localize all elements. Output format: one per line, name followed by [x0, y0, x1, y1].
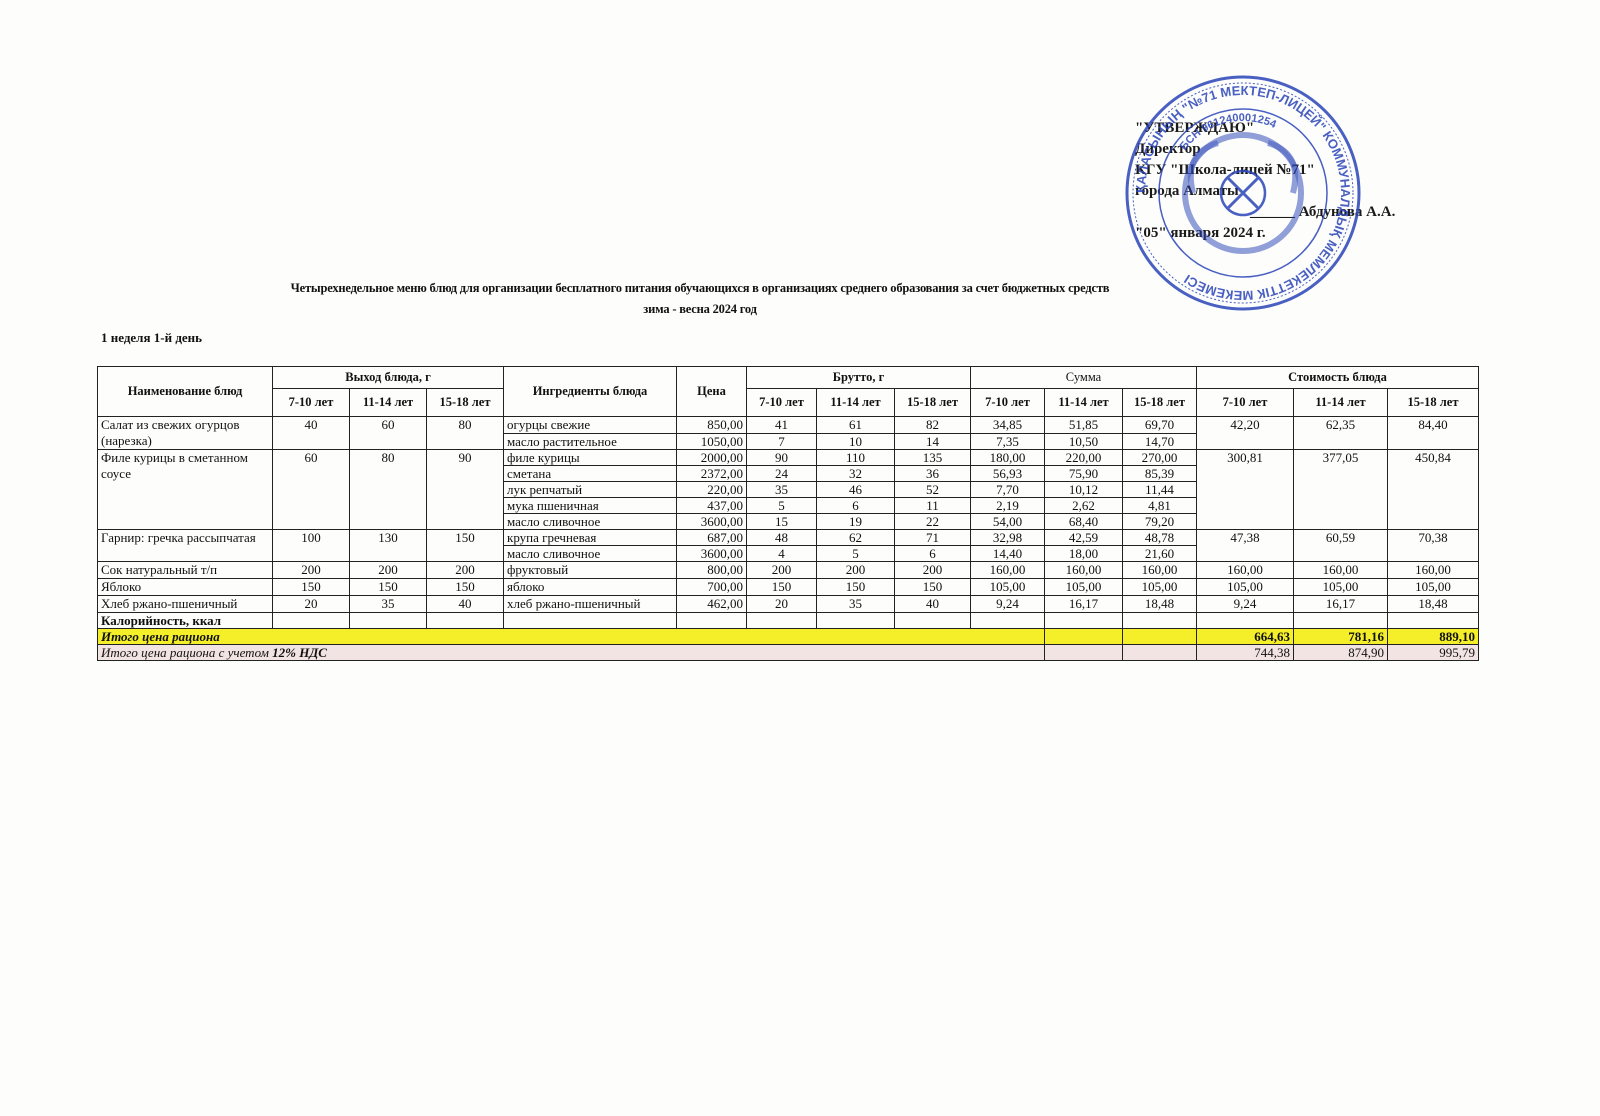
total-vat-value: 874,90	[1294, 645, 1388, 661]
dish-yield: 60	[350, 417, 427, 450]
ingredient-sum: 34,85	[971, 417, 1045, 434]
ingredient-sum: 180,00	[971, 450, 1045, 466]
ingredient-price: 3600,00	[677, 514, 747, 530]
ingredient-brutto: 24	[747, 466, 817, 482]
total-vat-value: 995,79	[1388, 645, 1479, 661]
header-ingredients: Ингредиенты блюда	[504, 367, 677, 417]
table-row: Яблоко150150150яблоко700,00150150150105,…	[98, 579, 1479, 596]
approval-city: города Алматы	[1135, 181, 1415, 202]
dish-cost: 62,35	[1294, 417, 1388, 450]
ingredient-brutto: 10	[817, 433, 895, 450]
header-sum-age-0: 7-10 лет	[971, 389, 1045, 417]
ingredient-price: 462,00	[677, 596, 747, 613]
header-sum: Сумма	[971, 367, 1197, 389]
table-row: Гарнир: гречка рассыпчатая100130150крупа…	[98, 530, 1479, 546]
ingredient-name: хлеб ржано-пшеничный	[504, 596, 677, 613]
ingredient-price: 800,00	[677, 562, 747, 579]
ingredient-brutto: 11	[895, 498, 971, 514]
dish-cost: 160,00	[1294, 562, 1388, 579]
empty-cell	[1388, 613, 1479, 629]
ingredient-sum: 51,85	[1045, 417, 1123, 434]
ingredient-sum: 105,00	[971, 579, 1045, 596]
approval-title: "УТВЕРЖДАЮ"	[1135, 118, 1415, 139]
dish-yield: 200	[350, 562, 427, 579]
table-row: Филе курицы в сметанном соусе608090филе …	[98, 450, 1479, 466]
dish-name: Гарнир: гречка рассыпчатая	[98, 530, 273, 562]
empty-cell	[1045, 613, 1123, 629]
empty-cell	[350, 613, 427, 629]
ingredient-brutto: 35	[747, 482, 817, 498]
ingredient-name: масло сливочное	[504, 546, 677, 562]
ingredient-sum: 270,00	[1123, 450, 1197, 466]
dish-yield: 35	[350, 596, 427, 613]
dish-cost: 60,59	[1294, 530, 1388, 562]
header-cost-age-0: 7-10 лет	[1197, 389, 1294, 417]
dish-yield: 60	[273, 450, 350, 530]
ingredient-name: огурцы свежие	[504, 417, 677, 434]
dish-name: Сок натуральный т/п	[98, 562, 273, 579]
dish-yield: 80	[350, 450, 427, 530]
ingredient-price: 3600,00	[677, 546, 747, 562]
dish-yield: 150	[273, 579, 350, 596]
ingredient-sum: 14,70	[1123, 433, 1197, 450]
empty-cell	[1123, 645, 1197, 661]
dish-name: Филе курицы в сметанном соусе	[98, 450, 273, 530]
ingredient-sum: 7,70	[971, 482, 1045, 498]
ingredient-brutto: 5	[747, 498, 817, 514]
dish-yield: 20	[273, 596, 350, 613]
dish-yield: 90	[427, 450, 504, 530]
ingredient-name: яблоко	[504, 579, 677, 596]
dish-yield: 130	[350, 530, 427, 562]
dish-yield: 150	[427, 579, 504, 596]
header-yield-age-2: 15-18 лет	[427, 389, 504, 417]
ingredient-sum: 160,00	[971, 562, 1045, 579]
ingredient-brutto: 61	[817, 417, 895, 434]
dish-cost: 18,48	[1388, 596, 1479, 613]
header-brutto-age-0: 7-10 лет	[747, 389, 817, 417]
ingredient-brutto: 200	[747, 562, 817, 579]
dish-cost: 70,38	[1388, 530, 1479, 562]
dish-yield: 100	[273, 530, 350, 562]
ingredient-sum: 85,39	[1123, 466, 1197, 482]
ingredient-brutto: 48	[747, 530, 817, 546]
dish-yield: 40	[273, 417, 350, 450]
ingredient-brutto: 6	[817, 498, 895, 514]
ingredient-price: 2000,00	[677, 450, 747, 466]
ingredient-sum: 21,60	[1123, 546, 1197, 562]
ingredient-brutto: 200	[895, 562, 971, 579]
header-cost: Стоимость блюда	[1197, 367, 1479, 389]
ingredient-name: мука пшеничная	[504, 498, 677, 514]
ingredient-sum: 160,00	[1123, 562, 1197, 579]
dish-cost: 9,24	[1197, 596, 1294, 613]
ingredient-sum: 11,44	[1123, 482, 1197, 498]
ingredient-brutto: 32	[817, 466, 895, 482]
dish-name: Салат из свежих огурцов (нарезка)	[98, 417, 273, 450]
ingredient-brutto: 150	[747, 579, 817, 596]
header-yield: Выход блюда, г	[273, 367, 504, 389]
ingredient-brutto: 6	[895, 546, 971, 562]
dish-yield: 200	[427, 562, 504, 579]
ingredient-sum: 2,62	[1045, 498, 1123, 514]
calories-row: Калорийность, ккал	[98, 613, 1479, 629]
header-yield-age-1: 11-14 лет	[350, 389, 427, 417]
total-vat-row: Итого цена рациона с учетом 12% НДС744,3…	[98, 645, 1479, 661]
header-yield-age-0: 7-10 лет	[273, 389, 350, 417]
empty-cell	[1045, 645, 1123, 661]
approval-date: "05" января 2024 г.	[1135, 223, 1415, 244]
ingredient-name: филе курицы	[504, 450, 677, 466]
ingredient-brutto: 4	[747, 546, 817, 562]
dish-cost: 16,17	[1294, 596, 1388, 613]
ingredient-sum: 18,48	[1123, 596, 1197, 613]
dish-yield: 150	[350, 579, 427, 596]
dish-cost: 160,00	[1197, 562, 1294, 579]
ingredient-sum: 9,24	[971, 596, 1045, 613]
ingredient-sum: 10,12	[1045, 482, 1123, 498]
total-row: Итого цена рациона664,63781,16889,10	[98, 629, 1479, 645]
ingredient-sum: 56,93	[971, 466, 1045, 482]
ingredient-sum: 48,78	[1123, 530, 1197, 546]
empty-cell	[1294, 613, 1388, 629]
ingredient-brutto: 36	[895, 466, 971, 482]
approval-block: "УТВЕРЖДАЮ" Директор КГУ "Школа-лицей №7…	[1135, 118, 1415, 244]
empty-cell	[1197, 613, 1294, 629]
total-label: Итого цена рациона	[98, 629, 1045, 645]
ingredient-sum: 16,17	[1045, 596, 1123, 613]
dish-cost: 377,05	[1294, 450, 1388, 530]
dish-cost: 105,00	[1197, 579, 1294, 596]
menu-table: Наименование блюд Выход блюда, г Ингреди…	[97, 366, 1479, 661]
dish-cost: 47,38	[1197, 530, 1294, 562]
ingredient-price: 700,00	[677, 579, 747, 596]
ingredient-sum: 32,98	[971, 530, 1045, 546]
dish-cost: 160,00	[1388, 562, 1479, 579]
ingredient-price: 1050,00	[677, 433, 747, 450]
header-cost-age-2: 15-18 лет	[1388, 389, 1479, 417]
header-dish-name: Наименование блюд	[98, 367, 273, 417]
ingredient-price: 2372,00	[677, 466, 747, 482]
ingredient-name: фруктовый	[504, 562, 677, 579]
ingredient-brutto: 62	[817, 530, 895, 546]
ingredient-brutto: 19	[817, 514, 895, 530]
empty-cell	[895, 613, 971, 629]
dish-cost: 42,20	[1197, 417, 1294, 450]
ingredient-sum: 160,00	[1045, 562, 1123, 579]
empty-cell	[1123, 613, 1197, 629]
ingredient-brutto: 200	[817, 562, 895, 579]
ingredient-sum: 4,81	[1123, 498, 1197, 514]
ingredient-sum: 69,70	[1123, 417, 1197, 434]
total-vat-label-prefix: Итого цена рациона с учетом	[101, 645, 272, 660]
empty-cell	[504, 613, 677, 629]
ingredient-brutto: 46	[817, 482, 895, 498]
ingredient-sum: 105,00	[1123, 579, 1197, 596]
empty-cell	[817, 613, 895, 629]
ingredient-brutto: 110	[817, 450, 895, 466]
total-value: 889,10	[1388, 629, 1479, 645]
ingredient-brutto: 150	[895, 579, 971, 596]
ingredient-sum: 14,40	[971, 546, 1045, 562]
ingredient-brutto: 35	[817, 596, 895, 613]
table-body: Салат из свежих огурцов (нарезка)406080о…	[98, 417, 1479, 661]
empty-cell	[677, 613, 747, 629]
ingredient-brutto: 5	[817, 546, 895, 562]
ingredient-name: крупа гречневая	[504, 530, 677, 546]
table-header: Наименование блюд Выход блюда, г Ингреди…	[98, 367, 1479, 417]
dish-cost: 105,00	[1388, 579, 1479, 596]
total-value: 664,63	[1197, 629, 1294, 645]
ingredient-sum: 54,00	[971, 514, 1045, 530]
document-subtitle: зима - весна 2024 год	[0, 302, 1500, 317]
week-day-label: 1 неделя 1-й день	[101, 330, 202, 346]
ingredient-sum: 68,40	[1045, 514, 1123, 530]
dish-yield: 80	[427, 417, 504, 450]
ingredient-brutto: 20	[747, 596, 817, 613]
ingredient-sum: 2,19	[971, 498, 1045, 514]
ingredient-sum: 105,00	[1045, 579, 1123, 596]
ingredient-brutto: 14	[895, 433, 971, 450]
ingredient-price: 850,00	[677, 417, 747, 434]
dish-yield: 40	[427, 596, 504, 613]
ingredient-sum: 42,59	[1045, 530, 1123, 546]
ingredient-brutto: 82	[895, 417, 971, 434]
empty-cell	[1123, 629, 1197, 645]
header-sum-age-2: 15-18 лет	[1123, 389, 1197, 417]
ingredient-brutto: 22	[895, 514, 971, 530]
approval-signature: ______ Абдунова А.А.	[1135, 202, 1415, 223]
ingredient-brutto: 40	[895, 596, 971, 613]
empty-cell	[273, 613, 350, 629]
ingredient-sum: 10,50	[1045, 433, 1123, 450]
ingredient-sum: 220,00	[1045, 450, 1123, 466]
ingredient-price: 220,00	[677, 482, 747, 498]
header-sum-age-1: 11-14 лет	[1045, 389, 1123, 417]
dish-cost: 300,81	[1197, 450, 1294, 530]
empty-cell	[971, 613, 1045, 629]
table-row: Салат из свежих огурцов (нарезка)406080о…	[98, 417, 1479, 434]
total-vat-value: 744,38	[1197, 645, 1294, 661]
document-title: Четырехнедельное меню блюд для организац…	[0, 281, 1500, 296]
ingredient-brutto: 7	[747, 433, 817, 450]
ingredient-brutto: 15	[747, 514, 817, 530]
table-row: Хлеб ржано-пшеничный203540хлеб ржано-пше…	[98, 596, 1479, 613]
ingredient-sum: 18,00	[1045, 546, 1123, 562]
ingredient-price: 687,00	[677, 530, 747, 546]
dish-name: Яблоко	[98, 579, 273, 596]
ingredient-name: масло сливочное	[504, 514, 677, 530]
empty-cell	[427, 613, 504, 629]
dish-cost: 84,40	[1388, 417, 1479, 450]
dish-name: Хлеб ржано-пшеничный	[98, 596, 273, 613]
ingredient-brutto: 52	[895, 482, 971, 498]
ingredient-sum: 79,20	[1123, 514, 1197, 530]
table-row: Сок натуральный т/п200200200фруктовый800…	[98, 562, 1479, 579]
ingredient-brutto: 135	[895, 450, 971, 466]
dish-yield: 150	[427, 530, 504, 562]
ingredient-name: лук репчатый	[504, 482, 677, 498]
header-brutto: Брутто, г	[747, 367, 971, 389]
ingredient-price: 437,00	[677, 498, 747, 514]
ingredient-brutto: 90	[747, 450, 817, 466]
ingredient-name: масло растительное	[504, 433, 677, 450]
dish-cost: 450,84	[1388, 450, 1479, 530]
dish-cost: 105,00	[1294, 579, 1388, 596]
header-price: Цена	[677, 367, 747, 417]
approval-organization: КГУ "Школа-лицей №71"	[1135, 160, 1415, 181]
header-cost-age-1: 11-14 лет	[1294, 389, 1388, 417]
ingredient-name: сметана	[504, 466, 677, 482]
total-vat-label: Итого цена рациона с учетом 12% НДС	[98, 645, 1045, 661]
empty-cell	[747, 613, 817, 629]
calories-label: Калорийность, ккал	[98, 613, 273, 629]
ingredient-sum: 7,35	[971, 433, 1045, 450]
total-vat-label-rate: 12% НДС	[272, 645, 327, 660]
approval-position: Директор	[1135, 139, 1415, 160]
ingredient-brutto: 150	[817, 579, 895, 596]
total-value: 781,16	[1294, 629, 1388, 645]
dish-yield: 200	[273, 562, 350, 579]
header-brutto-age-1: 11-14 лет	[817, 389, 895, 417]
ingredient-brutto: 41	[747, 417, 817, 434]
ingredient-brutto: 71	[895, 530, 971, 546]
empty-cell	[1045, 629, 1123, 645]
ingredient-sum: 75,90	[1045, 466, 1123, 482]
header-brutto-age-2: 15-18 лет	[895, 389, 971, 417]
